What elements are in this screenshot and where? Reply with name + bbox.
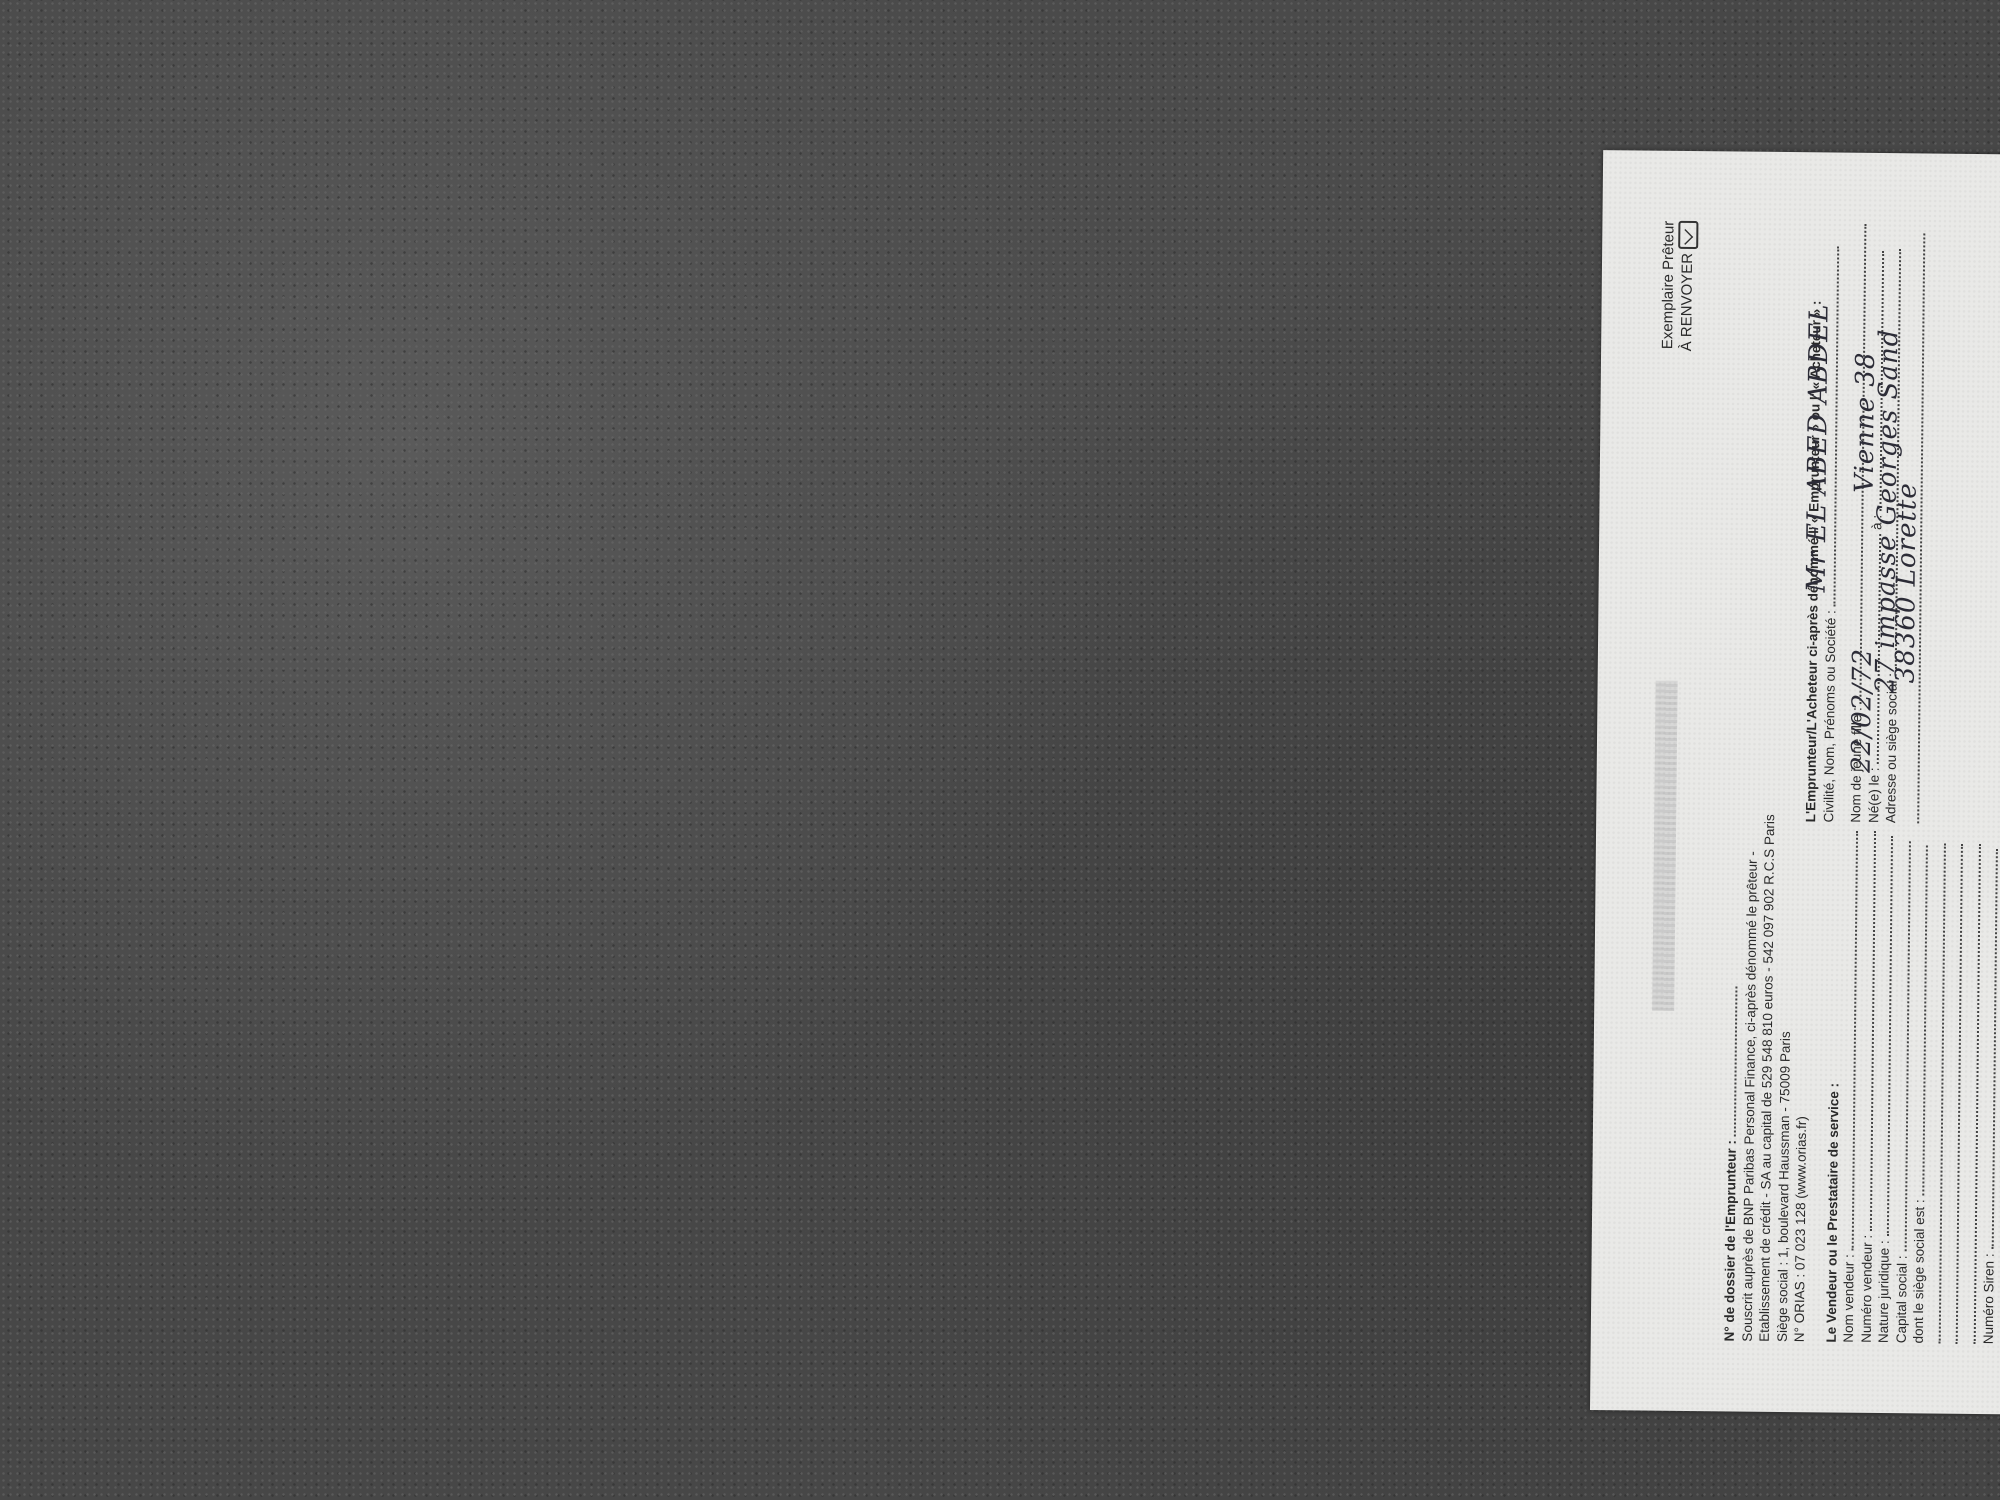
envelope-icon	[1678, 221, 1698, 249]
emprunteur-lender-column: N° de dossier de l'Emprunteur : Souscrit…	[1721, 821, 2000, 1344]
parties-section: N° de dossier de l'Emprunteur : Souscrit…	[1721, 221, 2000, 1344]
address-value-line2: 38360 Lorette	[1897, 482, 1917, 683]
page-header: Exemplaire Prêteur À RENVOYER	[1649, 221, 1733, 1342]
birthdate-value: 22/02/72	[1853, 648, 1872, 773]
adresse-field-line2[interactable]: 38360 Lorette	[1906, 223, 1930, 823]
civilite-field[interactable]: Civilité, Nom, Prénoms ou Société : Mr E…	[1820, 222, 1844, 822]
copy-label-line1: Exemplaire Prêteur	[1659, 221, 1678, 352]
faded-title-band	[1652, 680, 1677, 1010]
loan-form-page: Exemplaire Prêteur À RENVOYER N° de doss…	[1590, 150, 2000, 1426]
civilite-value: Mr EL ABED ABDEL	[1808, 303, 1829, 592]
copy-label-line2: À RENVOYER	[1678, 253, 1696, 352]
acheteur-column: L'Emprunteur/L'Acheteur ci-après dénommé…	[1726, 221, 2000, 824]
copy-label: Exemplaire Prêteur À RENVOYER	[1659, 221, 1698, 352]
